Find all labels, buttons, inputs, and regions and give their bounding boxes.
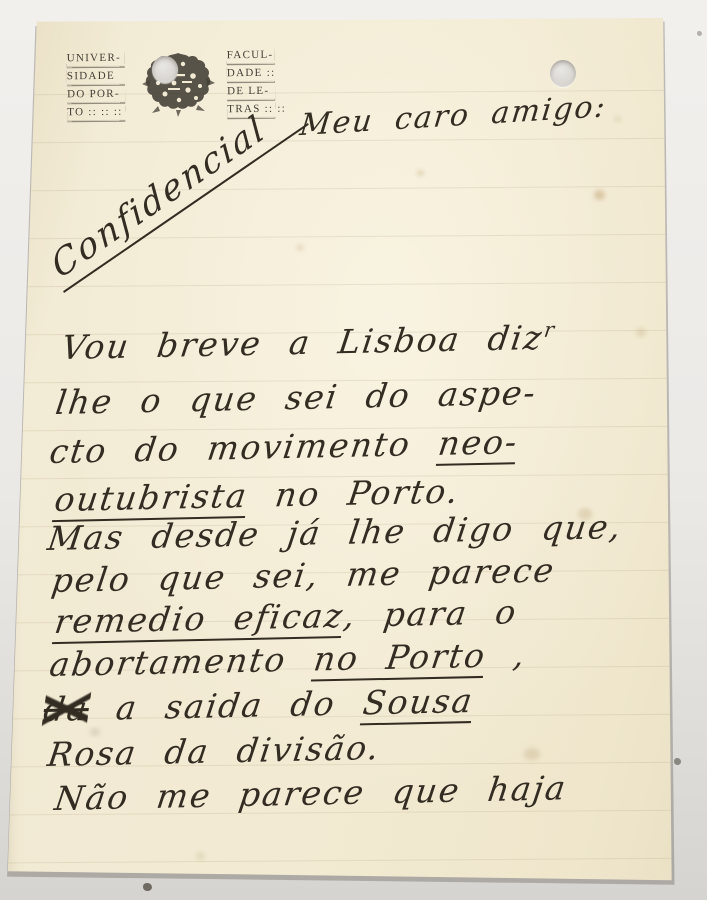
text-segment: , (484, 635, 529, 675)
letterhead-line: SIDADE (67, 69, 125, 86)
letterhead-line: FACUL- (227, 48, 275, 65)
letterhead-line: DADE :: (227, 66, 275, 83)
age-spot (296, 244, 304, 251)
age-spot (196, 852, 205, 860)
text-segment-underlined: remedio eficaz (52, 596, 347, 644)
letterhead-left-block: UNIVER- SIDADE DO POR- TO :: :: :: (67, 51, 126, 124)
text-segment: , para o (341, 592, 520, 635)
age-spot (636, 328, 646, 337)
handwritten-line: da a saida do Sousa (41, 681, 476, 729)
text-segment-underlined: neo- (435, 422, 521, 466)
debris-speck (697, 31, 702, 36)
university-crest-icon (138, 50, 218, 123)
age-spot (524, 748, 540, 760)
text-segment-underlined: no Porto (311, 636, 489, 682)
text-segment: no Porto. (245, 471, 462, 515)
letterhead-line: DO POR- (67, 87, 125, 104)
age-spot (578, 508, 592, 520)
age-spot (594, 190, 605, 200)
punch-hole-left (152, 56, 178, 83)
punch-hole-right (550, 60, 576, 87)
text-segment: a saida do (86, 683, 366, 728)
text-segment: cto do movimento (47, 424, 441, 471)
letter-page: UNIVER- SIDADE DO POR- TO :: :: :: (0, 0, 707, 900)
letterhead-line: UNIVER- (67, 51, 125, 68)
age-spot (90, 728, 100, 736)
debris-speck (143, 883, 152, 891)
text-segment-struck: da (41, 689, 91, 729)
age-spot (417, 170, 424, 176)
text-segment-underlined: Sousa (360, 681, 476, 725)
photo-background: UNIVER- SIDADE DO POR- TO :: :: :: (0, 0, 707, 900)
letterhead-line: TO :: :: :: (67, 105, 125, 122)
age-spot (614, 116, 621, 122)
debris-speck (674, 758, 681, 765)
text-segment: abortamento (47, 639, 316, 684)
